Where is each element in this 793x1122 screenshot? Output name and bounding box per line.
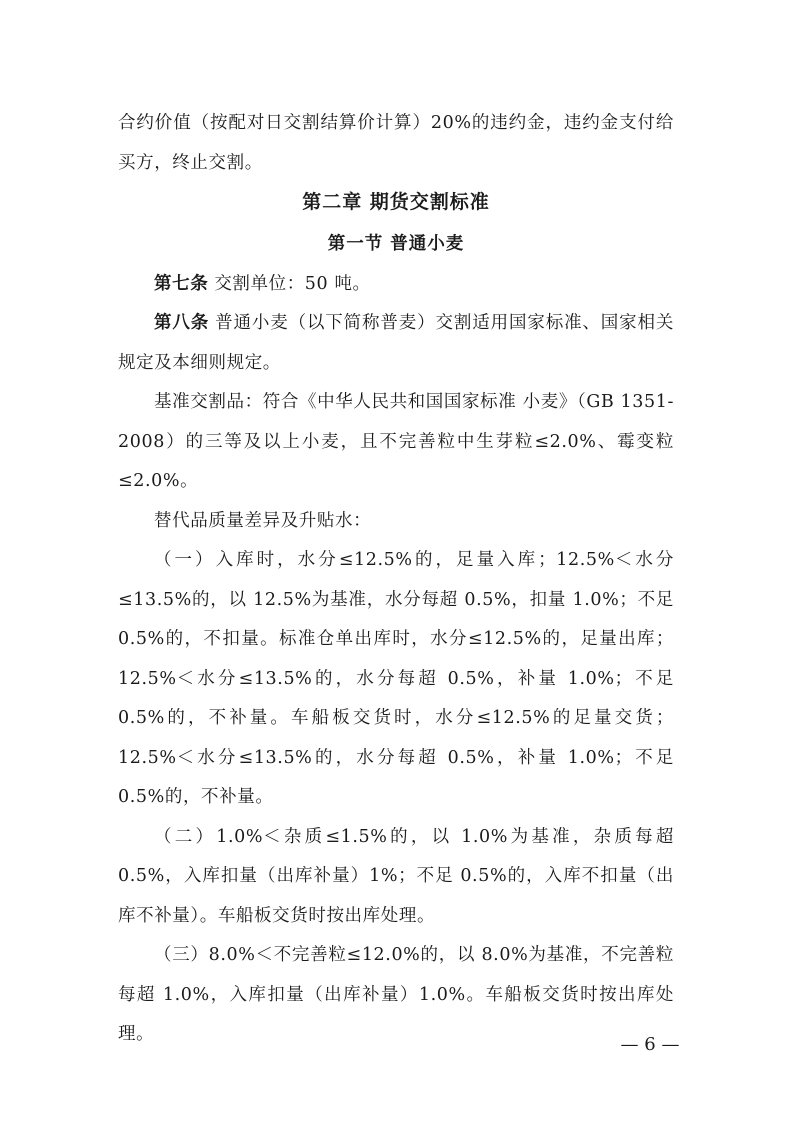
substitute-intro: 替代品质量差异及升贴水： <box>118 502 674 542</box>
article-7-label: 第七条 <box>154 274 208 294</box>
chapter-title: 第二章 期货交割标准 <box>118 183 674 223</box>
item-1-moisture: （一）入库时，水分≤12.5%的，足量入库；12.5%＜水分≤13.5%的，以 … <box>118 541 674 818</box>
section-title: 第一节 普通小麦 <box>118 223 674 265</box>
article-7: 第七条交割单位：50 吨。 <box>118 265 674 305</box>
article-8: 第八条普通小麦（以下简称普麦）交割适用国家标准、国家相关规定及本细则规定。 <box>118 304 674 383</box>
item-2-impurity: （二）1.0%＜杂质≤1.5%的，以 1.0%为基准，杂质每超 0.5%，入库扣… <box>118 818 674 937</box>
item-3-imperfect-grain: （三）8.0%＜不完善粒≤12.0%的，以 8.0%为基准，不完善粒每超 1.0… <box>118 936 674 1055</box>
paragraph-continuation: 合约价值（按配对日交割结算价计算）20%的违约金，违约金支付给买方，终止交割。 <box>118 104 674 183</box>
document-page: 合约价值（按配对日交割结算价计算）20%的违约金，违约金支付给买方，终止交割。 … <box>118 104 674 1055</box>
article-7-text: 交割单位：50 吨。 <box>214 274 370 294</box>
page-number: — 6 — <box>600 1034 700 1055</box>
base-product-paragraph: 基准交割品：符合《中华人民共和国国家标准 小麦》（GB 1351-2008）的三… <box>118 383 674 502</box>
article-8-label: 第八条 <box>154 313 209 333</box>
